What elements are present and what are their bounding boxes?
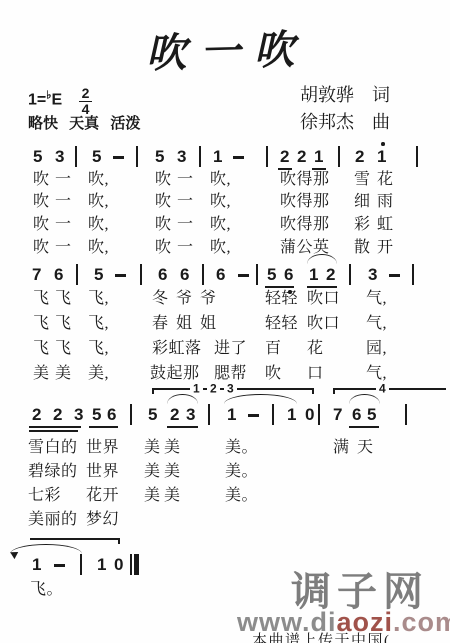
slur — [307, 254, 337, 264]
tempo-marking: 略快 天真 活泼 — [28, 112, 140, 133]
lyric-cell: 七彩 — [28, 488, 61, 504]
composer-credit: 徐邦杰 曲 — [300, 109, 390, 136]
lyric-cell: 飞, — [88, 316, 109, 332]
barline — [140, 264, 142, 285]
note: 2 — [32, 406, 41, 423]
lyric-cell: 吹 — [33, 240, 50, 256]
lyric-cell: 一 — [177, 194, 194, 210]
lyric-cell: 吹 — [155, 217, 172, 233]
lyric-cell: 吹, — [210, 240, 231, 256]
url-part-3: .com — [393, 607, 450, 637]
final-barline — [134, 554, 139, 575]
lyric-cell: 美 — [164, 464, 181, 480]
beam-underline — [278, 168, 292, 170]
lyric-cell: 虹 — [377, 217, 394, 233]
lyric-cell: 轻轻 — [265, 316, 298, 332]
barline — [266, 146, 268, 167]
lyric-cell: 飞, — [88, 341, 109, 357]
song-title: 吹一吹 — [145, 18, 308, 79]
lyric-cell: 美丽的 — [28, 512, 78, 528]
beam-underline — [89, 426, 118, 428]
lyric-cell: 美 — [164, 440, 181, 456]
lyric-cell: 雪 — [354, 172, 371, 188]
lyric-cell: 一 — [177, 240, 194, 256]
barline — [349, 264, 351, 285]
beam-underline — [167, 426, 198, 428]
lyric-cell: 彩 — [354, 217, 371, 233]
lyric-cell: 飞 — [33, 291, 50, 307]
note: 3 — [74, 406, 83, 423]
beam-underline — [312, 168, 326, 170]
volta-tick-left — [152, 388, 154, 394]
lyric-cell: 彩虹落 — [152, 341, 202, 357]
lyric-cell: 吹 — [33, 172, 50, 188]
lyric-cell: 吹 — [155, 172, 172, 188]
lyric-cell: 吹, — [210, 172, 231, 188]
lyric-cell: 雨 — [377, 194, 394, 210]
lyric-cell: 美 — [55, 366, 72, 382]
dash — [54, 564, 65, 567]
lyric-cell: 吹 — [155, 194, 172, 210]
lyric-cell: 一 — [55, 240, 72, 256]
octave-dot-high — [381, 142, 385, 146]
lyric-cell: 美 — [33, 366, 50, 382]
note: 1 — [377, 148, 386, 165]
volta-tick-right — [312, 388, 314, 394]
volta-tick-right — [118, 538, 120, 544]
barline — [199, 146, 201, 167]
barline — [405, 404, 407, 425]
note: 1 — [213, 148, 222, 165]
note: 2 — [297, 148, 306, 165]
lyric-cell: 吹, — [88, 194, 109, 210]
barline — [272, 404, 274, 425]
lyric-cell: 吹得那 — [280, 172, 330, 188]
note: 3 — [186, 406, 195, 423]
upload-note-clipped: 本曲谱上传于中国( — [252, 629, 391, 643]
note: 2 — [170, 406, 179, 423]
key-letter: E — [51, 92, 62, 109]
note: 2 — [53, 406, 62, 423]
lyric-cell: 碧绿的 — [28, 464, 78, 480]
note: 1 — [287, 406, 296, 423]
lyric-cell: 一 — [177, 172, 194, 188]
lyric-cell: 飞 — [55, 291, 72, 307]
lyric-cell: 花 — [377, 172, 394, 188]
note: 1 — [314, 148, 323, 165]
lyric-cell: 吹 — [265, 366, 282, 382]
lyric-cell: 散 — [354, 240, 371, 256]
barline — [416, 146, 418, 167]
note: 5 — [155, 148, 164, 165]
volta-label: 2 — [207, 382, 220, 394]
lyric-cell: 春 — [152, 316, 169, 332]
lyric-cell: 吹, — [88, 240, 109, 256]
lyric-cell: 飞 — [33, 341, 50, 357]
lyric-cell: 美。 — [225, 440, 258, 456]
lyric-cell: 美。 — [225, 488, 258, 504]
note: 2 — [355, 148, 364, 165]
time-numerator: 2 — [79, 86, 93, 102]
lyric-cell: 美 — [144, 440, 161, 456]
note: 3 — [177, 148, 186, 165]
lyric-cell: 进了 — [214, 341, 247, 357]
note: 5 — [92, 148, 101, 165]
note: 5 — [92, 406, 101, 423]
lyric-cell: 爷 — [200, 291, 217, 307]
lyric-cell: 姐 — [200, 316, 217, 332]
note: 0 — [114, 556, 123, 573]
lyric-cell: 花开 — [86, 488, 119, 504]
lyric-cell: 吹得那 — [280, 217, 330, 233]
lyric-cell: 梦幻 — [86, 512, 119, 528]
dash — [113, 156, 124, 159]
note: 5 — [367, 406, 376, 423]
volta-bracket — [30, 538, 120, 540]
lyric-cell: 吹口 — [307, 291, 340, 307]
lyric-cell: 吹, — [88, 172, 109, 188]
volta-label: 1 — [190, 382, 203, 394]
dash — [115, 274, 126, 277]
lyric-cell: 气, — [366, 291, 387, 307]
note: 5 — [33, 148, 42, 165]
beam-underline — [307, 286, 337, 288]
lyric-cell: 满 — [333, 440, 350, 456]
lyric-cell: 开 — [377, 240, 394, 256]
note: 6 — [180, 266, 189, 283]
note: 2 — [280, 148, 289, 165]
lyric-cell: 细 — [354, 194, 371, 210]
lyric-cell: 气, — [366, 366, 387, 382]
lyric-cell: 吹 — [155, 240, 172, 256]
slur — [167, 394, 198, 404]
lyric-cell: 美 — [144, 488, 161, 504]
note: 0 — [305, 406, 314, 423]
note: 6 — [107, 406, 116, 423]
note: 7 — [333, 406, 342, 423]
lyric-cell: 腮帮 — [214, 366, 247, 382]
volta-label: 4 — [376, 382, 389, 394]
volta-label: 3 — [224, 382, 237, 394]
barline — [202, 264, 204, 285]
note: 1 — [97, 556, 106, 573]
lyric-cell: 美, — [88, 366, 109, 382]
slur — [224, 394, 297, 404]
lyric-cell: 百 — [265, 341, 282, 357]
key-prefix: 1= — [28, 92, 46, 109]
lyric-cell: 吹口 — [307, 316, 340, 332]
note: 2 — [326, 266, 335, 283]
credits: 胡敦骅 词 徐邦杰 曲 — [300, 82, 390, 136]
lyric-cell: 气, — [366, 316, 387, 332]
barline — [338, 146, 340, 167]
barline — [208, 404, 210, 425]
note: 6 — [352, 406, 361, 423]
slur — [10, 544, 82, 554]
lyric-cell: 吹 — [33, 194, 50, 210]
dash — [233, 156, 244, 159]
barline — [75, 146, 77, 167]
note: 1 — [309, 266, 318, 283]
lyric-cell: 爷 — [176, 291, 193, 307]
lyric-cell: 鼓起那 — [150, 366, 200, 382]
lyric-cell: 吹, — [210, 194, 231, 210]
lyric-cell: 飞 — [33, 316, 50, 332]
lyric-cell: 吹, — [88, 217, 109, 233]
note: 7 — [32, 266, 41, 283]
note: 6 — [216, 266, 225, 283]
barline — [80, 554, 82, 575]
lyric-cell: 吹得那 — [280, 194, 330, 210]
note: 1 — [227, 406, 236, 423]
lyric-cell: 姐 — [176, 316, 193, 332]
lyric-cell: 一 — [55, 194, 72, 210]
beam-underline-2 — [29, 430, 78, 432]
lyric-cell: 飞 — [55, 316, 72, 332]
lyric-cell: 飞。 — [30, 582, 63, 598]
lyric-cell: 雪白的 — [28, 440, 78, 456]
lyric-cell: 一 — [177, 217, 194, 233]
beam-underline — [265, 286, 294, 288]
lyric-cell: 轻轻 — [265, 291, 298, 307]
lyric-cell: 美。 — [225, 464, 258, 480]
barline — [76, 264, 78, 285]
note: 3 — [55, 148, 64, 165]
note: 3 — [368, 266, 377, 283]
lyric-cell: 吹 — [33, 217, 50, 233]
lyric-cell: 园, — [366, 341, 387, 357]
volta-tick-left — [333, 388, 335, 394]
lyric-cell: 花 — [307, 341, 324, 357]
lyric-cell: 一 — [55, 172, 72, 188]
note: 6 — [284, 266, 293, 283]
beam-underline — [349, 426, 379, 428]
barline — [318, 404, 320, 425]
dash — [248, 414, 259, 417]
dash — [238, 274, 249, 277]
lyric-cell: 吹, — [210, 217, 231, 233]
sheet-music-page: 吹一吹 1=♭E 2 4 略快 天真 活泼 胡敦骅 词 徐邦杰 曲 535531… — [0, 0, 450, 643]
barline — [256, 264, 258, 285]
lyricist-credit: 胡敦骅 词 — [300, 82, 390, 109]
beam-underline — [29, 426, 81, 428]
note: 5 — [148, 406, 157, 423]
volta-bracket — [333, 388, 446, 390]
lyric-cell: 口 — [307, 366, 324, 382]
barline — [136, 146, 138, 167]
lyric-cell: 天 — [357, 440, 374, 456]
slur — [349, 394, 380, 404]
lyric-cell: 冬 — [152, 291, 169, 307]
lyric-cell: 飞, — [88, 291, 109, 307]
dash — [389, 274, 400, 277]
note: 5 — [94, 266, 103, 283]
lyric-cell: 美 — [144, 464, 161, 480]
note: 5 — [267, 266, 276, 283]
barline — [412, 264, 414, 285]
lyric-cell: 一 — [55, 217, 72, 233]
barline — [130, 554, 132, 575]
lyric-cell: 世界 — [86, 464, 119, 480]
note: 1 — [32, 556, 41, 573]
note: 6 — [158, 266, 167, 283]
lyric-cell: 美 — [164, 488, 181, 504]
barline — [130, 404, 132, 425]
note: 6 — [54, 266, 63, 283]
lyric-cell: 世界 — [86, 440, 119, 456]
lyric-cell: 飞 — [55, 341, 72, 357]
